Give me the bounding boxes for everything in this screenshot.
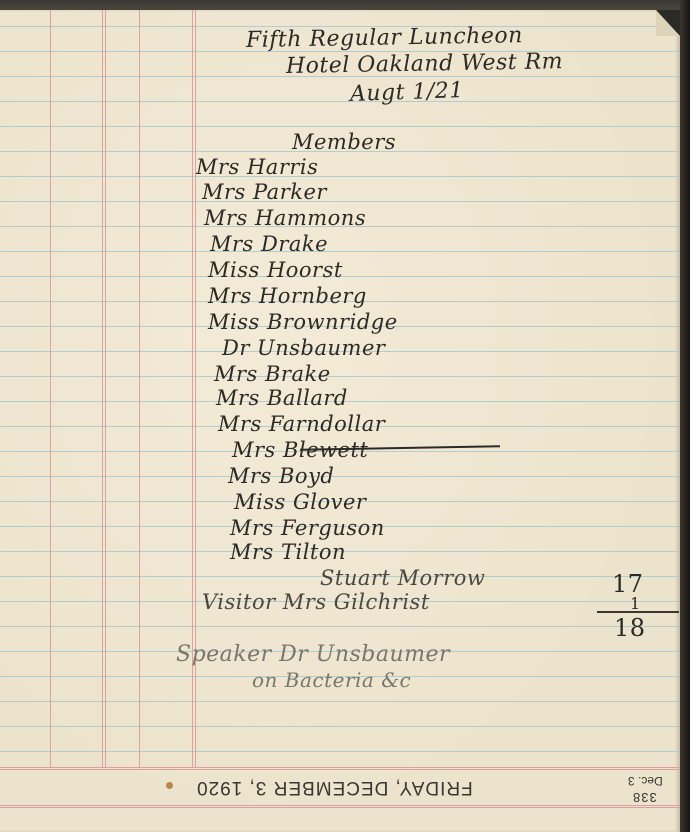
speaker-note: Speaker Dr Unsbaumer [176, 642, 450, 667]
total-count: 18 [614, 614, 646, 642]
printed-short-date: Dec. 3 [628, 774, 663, 788]
member-name: Mrs Drake [210, 232, 328, 256]
visitor-line: Visitor Mrs Gilchrist [202, 590, 430, 614]
member-name: Mrs Ballard [216, 386, 348, 410]
member-name: Miss Glover [234, 490, 366, 514]
members-heading: Members [292, 130, 396, 154]
ink-stain [166, 782, 173, 789]
red-margin-rule [105, 10, 106, 768]
printed-date: FRIDAY, DECEMBER 3, 1920 [196, 776, 473, 798]
member-name: Mrs Tilton [230, 540, 346, 564]
member-name: Miss Brownridge [208, 310, 398, 334]
member-name: Mrs Boyd [228, 464, 334, 488]
book-cover-edge-right [680, 0, 690, 832]
member-name: Mrs Parker [202, 180, 327, 204]
member-name: Stuart Morrow [320, 566, 485, 590]
member-name: Mrs Brake [214, 362, 331, 386]
member-name: Miss Hoorst [208, 258, 343, 282]
title-line-2: Hotel Oakland West Rm [286, 49, 563, 79]
sum-line [597, 611, 679, 613]
member-name: Mrs Ferguson [230, 516, 385, 540]
footer-rule [0, 769, 680, 770]
red-margin-rule [50, 10, 51, 768]
member-name: Mrs Farndollar [218, 412, 385, 436]
member-name: Dr Unsbaumer [222, 336, 385, 360]
member-name: Mrs Hornberg [208, 284, 367, 308]
red-margin-rule [139, 10, 140, 768]
footer-rule [0, 805, 680, 806]
meeting-date: Augt 1/21 [350, 78, 465, 107]
member-name: Mrs Blewett [232, 438, 368, 462]
speaker-topic: on Bacteria &c [252, 668, 411, 692]
footer-rule [0, 767, 680, 768]
book-cover-edge-top [0, 0, 690, 10]
footer-rule [0, 807, 680, 808]
ledger-page: Fifth Regular Luncheon Hotel Oakland Wes… [0, 10, 680, 832]
dog-ear-corner [656, 10, 680, 36]
red-margin-rule [102, 10, 103, 768]
page-number: 338 [632, 790, 657, 805]
title-line-1: Fifth Regular Luncheon [246, 23, 523, 53]
member-name: Mrs Hammons [204, 206, 366, 230]
member-name: Mrs Harris [196, 155, 318, 179]
